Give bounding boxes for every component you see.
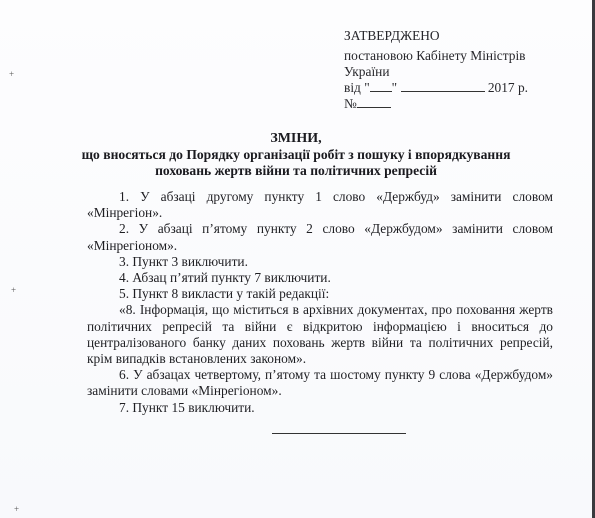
end-divider (272, 433, 406, 434)
approval-number: № (344, 96, 528, 112)
approval-line-2: України (344, 64, 528, 80)
title-main: ЗМІНИ, (0, 131, 592, 147)
number-blank (357, 96, 391, 108)
item-1: 1. У абзаці другому пункту 1 слово «Держ… (87, 189, 553, 221)
document-title: ЗМІНИ, що вносяться до Порядку організац… (0, 131, 592, 179)
item-2: 2. У абзаці п’ятому пункту 2 слово «Держ… (87, 221, 553, 253)
item-4: 4. Абзац п’ятий пункту 7 виключити. (87, 270, 553, 286)
item-5: 5. Пункт 8 викласти у такій редакції: (87, 286, 553, 302)
approval-heading: ЗАТВЕРДЖЕНО (344, 28, 528, 44)
scan-mark: + (9, 70, 14, 79)
approval-line-1: постановою Кабінету Міністрів (344, 48, 528, 64)
title-line-3: поховань жертв війни та політичних репре… (0, 163, 592, 179)
document-page: + + + ЗАТВЕРДЖЕНО постановою Кабінету Мі… (0, 0, 592, 518)
approval-block: ЗАТВЕРДЖЕНО постановою Кабінету Міністрі… (344, 28, 528, 112)
scan-mark: + (14, 505, 19, 514)
day-blank (370, 80, 392, 92)
approval-date: від "" 2017 р. (344, 80, 528, 96)
item-6: 6. У абзацах четвертому, п’ятому та шост… (87, 367, 553, 399)
scan-mark: + (11, 286, 16, 295)
item-5-quote: «8. Інформація, що міститься в архівних … (87, 302, 553, 367)
item-7: 7. Пункт 15 виключити. (87, 400, 553, 416)
document-body: 1. У абзаці другому пункту 1 слово «Держ… (87, 189, 553, 416)
month-blank (401, 80, 485, 92)
item-3: 3. Пункт 3 виключити. (87, 254, 553, 270)
title-line-2: що вносяться до Порядку організації робі… (0, 147, 592, 163)
